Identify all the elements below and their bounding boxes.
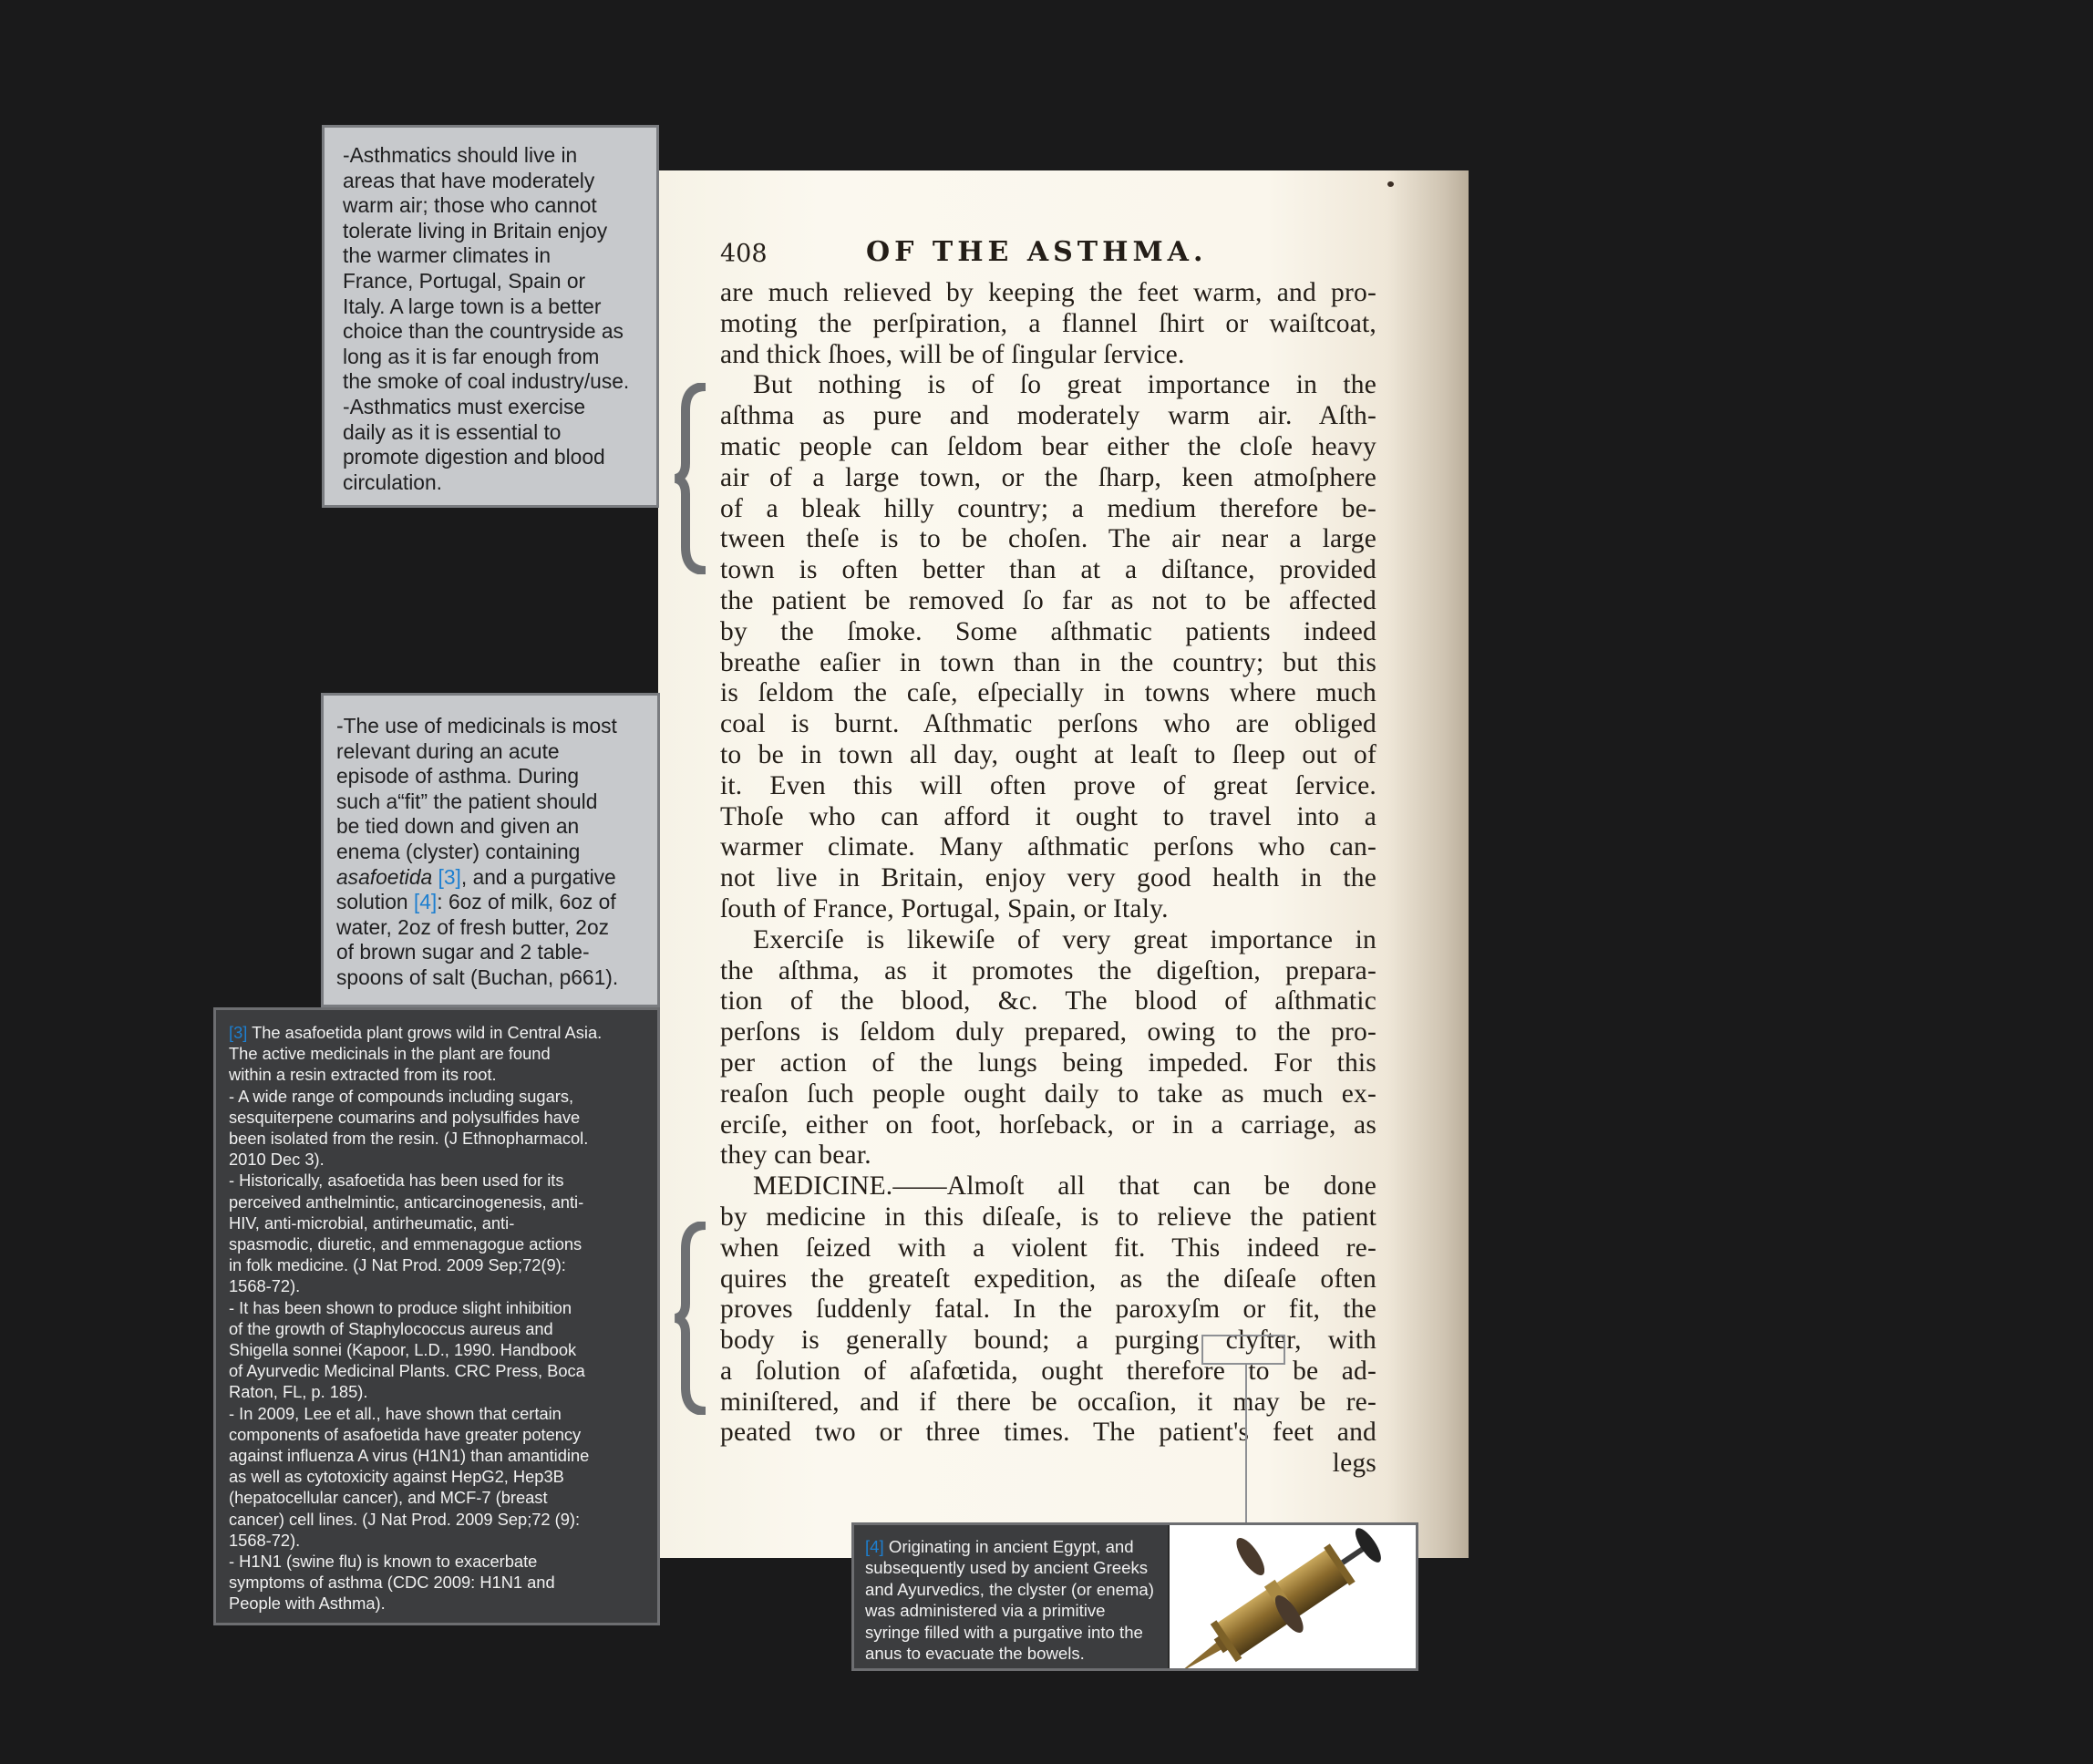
page-text-line: when ſeized with a violent fit. This ind… bbox=[720, 1233, 1376, 1264]
page-text-line: coal is burnt. Aſthmatic perſons who are… bbox=[720, 709, 1376, 740]
note-body: Originating in ancient Egypt, and subseq… bbox=[865, 1537, 1154, 1663]
left-brace-icon bbox=[673, 383, 709, 574]
syringe-icon bbox=[1170, 1525, 1416, 1668]
note-text: -Asthmatics should live in areas that ha… bbox=[343, 143, 640, 495]
page-text-line: are much relieved by keeping the feet wa… bbox=[720, 278, 1376, 309]
footnote-marker-3: [3] bbox=[229, 1023, 247, 1042]
page-text-line: by medicine in this diſeaſe, is to relie… bbox=[720, 1202, 1376, 1233]
page-text-line: aſthma as pure and moderately warm air. … bbox=[720, 401, 1376, 432]
reference-link-3[interactable]: [3] bbox=[438, 865, 461, 889]
page-text-line: it. Even this will often prove of great … bbox=[720, 771, 1376, 802]
annotation-medicinals: -The use of medicinals is most relevant … bbox=[321, 693, 660, 1007]
book-page-scan: 408 OF THE ASTHMA. are much relieved by … bbox=[658, 170, 1469, 1558]
page-text-line: peated two or three times. The patient's… bbox=[720, 1418, 1376, 1449]
page-text-line: quires the greateſt expedition, as the d… bbox=[720, 1264, 1376, 1295]
page-text-line: But nothing is of ſo great importance in… bbox=[720, 370, 1376, 401]
page-text-line: town is often better than at a diſtance,… bbox=[720, 555, 1376, 586]
note-text: [4] Originating in ancient Egypt, and su… bbox=[854, 1525, 1168, 1668]
page-text-line: of a bleak hilly country; a medium there… bbox=[720, 494, 1376, 525]
page-number: 408 bbox=[720, 240, 768, 268]
note-text-part: -The use of medicinals is most relevant … bbox=[336, 714, 617, 863]
page-text-line: perſons is ſeldom duly prepared, owing t… bbox=[720, 1017, 1376, 1048]
page-text-line: ſouth of France, Portugal, Spain, or Ita… bbox=[720, 894, 1376, 925]
page-lines: are much relieved by keeping the feet wa… bbox=[720, 278, 1376, 1480]
page-text-line: Exerciſe is likewiſe of very great impor… bbox=[720, 925, 1376, 956]
page-text-line: legs bbox=[720, 1449, 1376, 1480]
page-text-line: Thoſe who can afford it ought to travel … bbox=[720, 802, 1376, 833]
page-text-line: breathe eaſier in town than in the count… bbox=[720, 648, 1376, 679]
clyster-syringe-image bbox=[1168, 1525, 1416, 1668]
left-brace-icon bbox=[673, 1222, 709, 1415]
italic-term-asafoetida: asafoetida bbox=[336, 865, 432, 889]
page-text-line: proves ſuddenly fatal. In the paroxyſm o… bbox=[720, 1295, 1376, 1326]
page-text-line: and thick ſhoes, will be of ſingular ſer… bbox=[720, 340, 1376, 371]
page-text-line: miniſtered, and if there be occaſion, it… bbox=[720, 1387, 1376, 1418]
page-text-line: the aſthma, as it promotes the digeſtion… bbox=[720, 956, 1376, 987]
page-text-line: air of a large town, or the ſharp, keen … bbox=[720, 463, 1376, 494]
page-text-block: 408 OF THE ASTHMA. are much relieved by … bbox=[720, 236, 1376, 1480]
clyster-highlight-box bbox=[1201, 1335, 1285, 1365]
page-header: 408 OF THE ASTHMA. bbox=[720, 236, 1376, 278]
page-text-line: matic people can ſeldom bear either the … bbox=[720, 432, 1376, 463]
page-text-line: MEDICINE.——Almoſt all that can be done bbox=[720, 1171, 1376, 1202]
page-text-line: warmer climate. Many aſthmatic perſons w… bbox=[720, 832, 1376, 863]
page-text-line: the patient be removed ſo far as not to … bbox=[720, 586, 1376, 617]
footnote-asafoetida: [3] The asafoetida plant grows wild in C… bbox=[213, 1007, 660, 1625]
page-text-line: is ſeldom the caſe, eſpecially in towns … bbox=[720, 678, 1376, 709]
page-text-line: erciſe, either on foot, horſeback, or in… bbox=[720, 1110, 1376, 1141]
page-text-line: tion of the blood, &c. The blood of aſth… bbox=[720, 986, 1376, 1017]
note-text: [3] The asafoetida plant grows wild in C… bbox=[229, 1022, 652, 1614]
footnote-clyster: [4] Originating in ancient Egypt, and su… bbox=[851, 1522, 1418, 1671]
page-text-line: per action of the lungs being impeded. F… bbox=[720, 1048, 1376, 1079]
page-text-line: to be in town all day, ought at leaſt to… bbox=[720, 740, 1376, 771]
annotation-environment-exercise: -Asthmatics should live in areas that ha… bbox=[322, 125, 659, 508]
page-text-line: moting the perſpiration, a flannel ſhirt… bbox=[720, 309, 1376, 340]
page-text-line: not live in Britain, enjoy very good hea… bbox=[720, 863, 1376, 894]
connector-line bbox=[1245, 1365, 1247, 1522]
running-title: OF THE ASTHMA. bbox=[866, 236, 1207, 268]
page-text-line: by the ſmoke. Some aſthmatic patients in… bbox=[720, 617, 1376, 648]
footnote-marker-4: [4] bbox=[865, 1537, 884, 1556]
reference-link-4[interactable]: [4] bbox=[414, 890, 437, 913]
page-text-line: tween theſe is to be choſen. The air nea… bbox=[720, 524, 1376, 555]
page-text-line: they can bear. bbox=[720, 1140, 1376, 1171]
ink-speck bbox=[1387, 181, 1394, 187]
note-text: -The use of medicinals is most relevant … bbox=[336, 714, 648, 991]
note-body: The asafoetida plant grows wild in Centr… bbox=[229, 1023, 602, 1613]
page-text-line: reaſon ſuch people ought daily to take a… bbox=[720, 1079, 1376, 1110]
